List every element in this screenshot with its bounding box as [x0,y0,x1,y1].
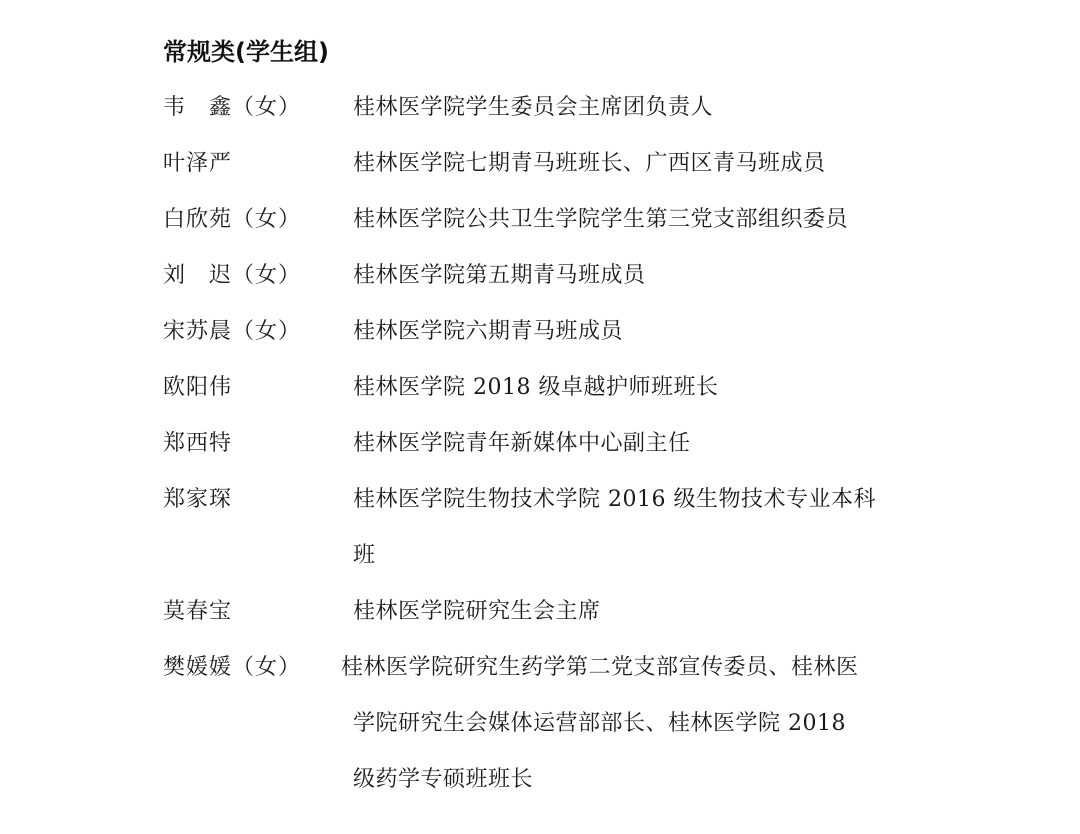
person-name: 白欣苑（女） [163,192,301,248]
description-line: 桂林医学院学生委员会主席团负责人 [353,80,923,136]
person-name: 刘 迟（女） [163,248,301,304]
description-line: 桂林医学院研究生会主席 [353,584,923,640]
description-line: 桂林医学院研究生药学第二党支部宣传委员、桂林医 [341,640,923,696]
section-heading: 常规类(学生组) [163,34,329,70]
person-name: 郑家琛 [163,472,232,528]
description-line: 桂林医学院 2018 级卓越护师班班长 [353,360,923,416]
person-name: 韦 鑫（女） [163,80,301,136]
document-page: 常规类(学生组) 韦 鑫（女） 桂林医学院学生委员会主席团负责人 叶泽严 桂林医… [0,0,1080,834]
person-name: 郑西特 [163,416,232,472]
person-description: 桂林医学院学生委员会主席团负责人 [353,80,923,136]
person-name: 宋苏晨（女） [163,304,301,360]
person-description: 桂林医学院六期青马班成员 [353,304,923,360]
person-name: 樊媛媛（女） [163,640,301,696]
description-line: 桂林医学院六期青马班成员 [353,304,923,360]
person-description: 桂林医学院生物技术学院 2016 级生物技术专业本科 班 [353,472,923,584]
person-description: 桂林医学院研究生会主席 [353,584,923,640]
description-line: 桂林医学院七期青马班班长、广西区青马班成员 [353,136,923,192]
description-line: 桂林医学院青年新媒体中心副主任 [353,416,923,472]
person-name: 叶泽严 [163,136,232,192]
description-line: 桂林医学院生物技术学院 2016 级生物技术专业本科 [353,472,923,528]
person-description: 桂林医学院公共卫生学院学生第三党支部组织委员 [353,192,923,248]
person-description: 桂林医学院研究生药学第二党支部宣传委员、桂林医 学院研究生会媒体运营部部长、桂林… [353,640,923,808]
person-name: 莫春宝 [163,584,232,640]
description-line: 桂林医学院公共卫生学院学生第三党支部组织委员 [353,192,923,248]
description-line: 级药学专硕班班长 [353,752,923,808]
person-name: 欧阳伟 [163,360,232,416]
person-description: 桂林医学院七期青马班班长、广西区青马班成员 [353,136,923,192]
description-line: 学院研究生会媒体运营部部长、桂林医学院 2018 [353,696,923,752]
person-description: 桂林医学院青年新媒体中心副主任 [353,416,923,472]
person-description: 桂林医学院 2018 级卓越护师班班长 [353,360,923,416]
description-line: 班 [353,528,923,584]
person-description: 桂林医学院第五期青马班成员 [353,248,923,304]
description-line: 桂林医学院第五期青马班成员 [353,248,923,304]
